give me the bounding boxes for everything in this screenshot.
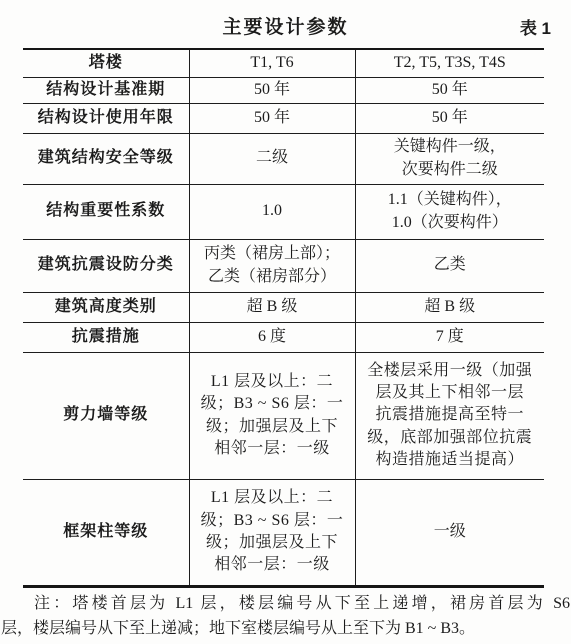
value-cell: L1 层及以上：二 级；B3 ~ S6 层：一 级；加强层及上下 相邻一层：一级	[189, 479, 355, 586]
table-row-design-working-life: 结构设计使用年限 50 年 50 年	[23, 103, 544, 133]
table-footnote: 注：塔楼首层为 L1 层，楼层编号从下至上递增，裙房首层为 S6 层，楼层编号从…	[1, 591, 570, 641]
value-cell: 50 年	[355, 77, 544, 103]
journal-table-page: 主要设计参数 表 1 塔楼 T1, T6 T2, T5, T3S, T4S 结构…	[0, 0, 571, 644]
value-cell: 关键构件一级， 次要构件二级	[355, 133, 544, 184]
value-cell: 1.1（关键构件）， 1.0（次要构件）	[355, 184, 544, 239]
row-label: 抗震措施	[23, 322, 189, 352]
table-row-frame-column-grade: 框架柱等级 L1 层及以上：二 级；B3 ~ S6 层：一 级；加强层及上下 相…	[23, 479, 544, 586]
row-label: 结构设计使用年限	[23, 103, 189, 133]
table-title: 主要设计参数	[0, 12, 571, 39]
table-row-shear-wall-grade: 剪力墙等级 L1 层及以上：二 级；B3 ~ S6 层：一 级；加强层及上下 相…	[23, 352, 544, 479]
value-cell: 50 年	[189, 103, 355, 133]
table-row-safety-grade: 建筑结构安全等级 二级 关键构件一级， 次要构件二级	[23, 133, 544, 184]
table-number: 表 1	[520, 14, 551, 39]
table-row-design-reference-period: 结构设计基准期 50 年 50 年	[23, 77, 544, 103]
row-label: 结构设计基准期	[23, 77, 189, 103]
row-label: 建筑抗震设防分类	[23, 239, 189, 292]
row-label: 结构重要性系数	[23, 184, 189, 239]
value-cell: 7 度	[355, 322, 544, 352]
row-label: 剪力墙等级	[23, 352, 189, 479]
footnote-line-1: 注：塔楼首层为 L1 层，楼层编号从下至上递增，裙房首层为 S6	[1, 591, 570, 616]
value-cell: T2, T5, T3S, T4S	[355, 49, 544, 77]
table-row-building-height-class: 建筑高度类别 超 B 级 超 B 级	[23, 292, 544, 322]
value-cell: 50 年	[355, 103, 544, 133]
value-cell: 超 B 级	[189, 292, 355, 322]
table-caption-row: 主要设计参数 表 1	[0, 10, 571, 40]
value-cell: T1, T6	[189, 49, 355, 77]
value-cell: 二级	[189, 133, 355, 184]
row-label: 建筑高度类别	[23, 292, 189, 322]
value-cell: 一级	[355, 479, 544, 586]
value-cell: 丙类（裙房上部）； 乙类（裙房部分）	[189, 239, 355, 292]
value-cell: 超 B 级	[355, 292, 544, 322]
row-label: 建筑结构安全等级	[23, 133, 189, 184]
design-parameters-table: 塔楼 T1, T6 T2, T5, T3S, T4S 结构设计基准期 50 年 …	[23, 48, 544, 588]
value-cell: 乙类	[355, 239, 544, 292]
table-row-towers: 塔楼 T1, T6 T2, T5, T3S, T4S	[23, 49, 544, 77]
table-row-seismic-measures: 抗震措施 6 度 7 度	[23, 322, 544, 352]
table-row-seismic-fortification-category: 建筑抗震设防分类 丙类（裙房上部）； 乙类（裙房部分） 乙类	[23, 239, 544, 292]
row-label: 塔楼	[23, 49, 189, 77]
value-cell: 50 年	[189, 77, 355, 103]
table-row-importance-factor: 结构重要性系数 1.0 1.1（关键构件）， 1.0（次要构件）	[23, 184, 544, 239]
row-label: 框架柱等级	[23, 479, 189, 586]
value-cell: 6 度	[189, 322, 355, 352]
footnote-line-2: 层，楼层编号从下至上递减；地下室楼层编号从上至下为 B1 ~ B3。	[1, 616, 570, 641]
value-cell: L1 层及以上：二 级；B3 ~ S6 层：一 级；加强层及上下 相邻一层：一级	[189, 352, 355, 479]
value-cell: 1.0	[189, 184, 355, 239]
value-cell: 全楼层采用一级（加强 层及其上下相邻一层 抗震措施提高至特一 级，底部加强部位抗…	[355, 352, 544, 479]
